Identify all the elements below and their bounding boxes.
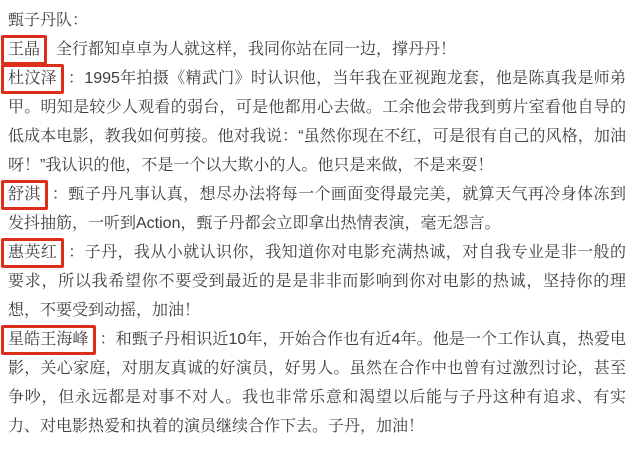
supporter-name: 舒淇 (8, 186, 41, 203)
name-separator: ： (52, 186, 68, 203)
article-body: 甄子丹队： 王晶全行都知卓卓为人就这样，我同你站在同一边，撑丹丹！ 杜汶泽：19… (0, 0, 632, 441)
support-quote-text: 甄子丹凡事认真，想尽办法将每一个画面变得最完美，就算天气再冷身体冻到发抖抽筋，一… (8, 186, 626, 232)
highlighted-name-box: 舒淇 (1, 180, 48, 210)
support-paragraph: 惠英红：子丹，我从小就认识你，我知道你对电影充满热诚，对自我专业是非一般的要求，… (8, 238, 626, 325)
team-title: 甄子丹队： (8, 6, 626, 35)
highlighted-name-box: 惠英红 (1, 238, 64, 268)
supporter-name: 杜汶泽 (8, 70, 57, 87)
supporter-name: 星皓王海峰 (8, 331, 89, 348)
supporter-name: 惠英红 (8, 244, 57, 261)
support-quote-text: 1995年拍摄《精武门》时认识他，当年我在亚视跑龙套，他是陈真我是师弟甲。明知是… (8, 70, 626, 174)
name-separator: ： (100, 331, 116, 348)
highlighted-name-box: 杜汶泽 (1, 64, 64, 94)
support-quote-text: 全行都知卓卓为人就这样，我同你站在同一边，撑丹丹！ (56, 41, 456, 58)
name-separator: ： (68, 244, 84, 261)
highlighted-name-box: 星皓王海峰 (1, 325, 96, 355)
support-paragraph: 星皓王海峰：和甄子丹相识近10年，开始合作也有近4年。他是一个工作认真，热爱电影… (8, 325, 626, 441)
support-paragraph: 王晶全行都知卓卓为人就这样，我同你站在同一边，撑丹丹！ (8, 35, 626, 64)
highlighted-name-box: 王晶 (1, 35, 47, 65)
support-quote-text: 子丹，我从小就认识你，我知道你对电影充满热诚，对自我专业是非一般的要求，所以我希… (8, 244, 626, 319)
supporter-name: 王晶 (8, 41, 40, 58)
support-paragraph: 舒淇：甄子丹凡事认真，想尽办法将每一个画面变得最完美，就算天气再冷身体冻到发抖抽… (8, 180, 626, 238)
name-separator: ： (68, 70, 84, 87)
support-paragraph: 杜汶泽：1995年拍摄《精武门》时认识他，当年我在亚视跑龙套，他是陈真我是师弟甲… (8, 64, 626, 180)
